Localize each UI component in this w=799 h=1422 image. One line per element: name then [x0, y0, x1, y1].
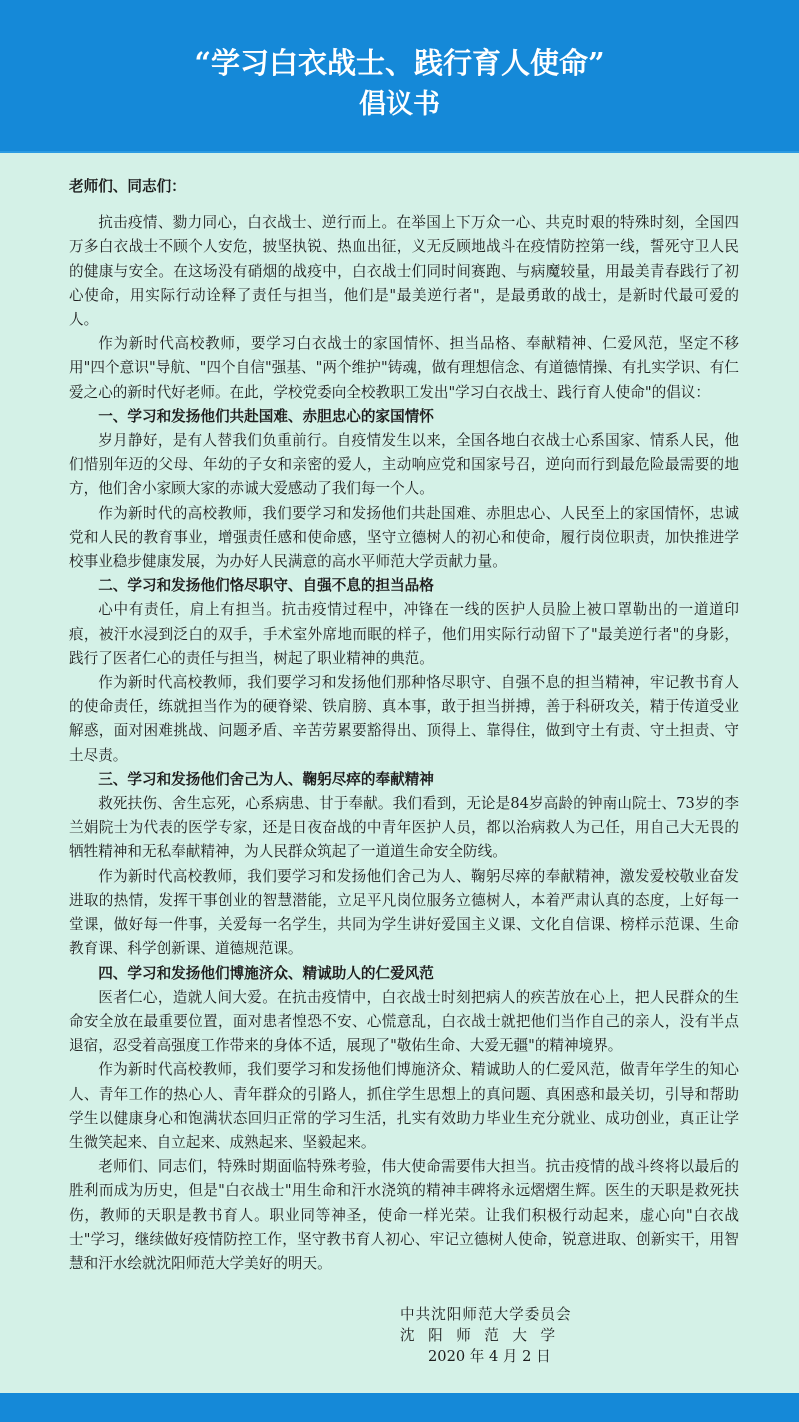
footer-bar [0, 1393, 799, 1422]
closing-paragraph: 老师们、同志们，特殊时期面临特殊考验，伟大使命需要伟大担当。抗击疫情的战斗终将以… [69, 1155, 739, 1276]
section-heading-2: 二、学习和发扬他们恪尽职守、自强不息的担当品格 [69, 574, 739, 598]
section-heading-1: 一、学习和发扬他们共赴国难、赤胆忠心的家国情怀 [69, 405, 739, 429]
paragraph: 作为新时代高校教师，我们要学习和发扬他们舍己为人、鞠躬尽瘁的奉献精神，激发爱校敬… [69, 865, 739, 962]
section-heading-4: 四、学习和发扬他们博施济众、精诚助人的仁爱风范 [69, 962, 739, 986]
paragraph: 作为新时代高校教师，要学习白衣战士的家国情怀、担当品格、奉献精神、仁爱风范，坚定… [69, 332, 739, 405]
signature-university: 沈阳师范大学 [400, 1325, 640, 1346]
salutation: 老师们、同志们： [69, 175, 739, 199]
document-subtitle: 倡议书 [0, 90, 799, 120]
paragraph: 作为新时代的高校教师，我们要学习和发扬他们共赴国难、赤胆忠心、人民至上的家国情怀… [69, 502, 739, 575]
signature-block: 中共沈阳师范大学委员会 沈阳师范大学 2020 年 4 月 2 日 [400, 1304, 640, 1367]
paragraph: 作为新时代高校教师，我们要学习和发扬他们博施济众、精诚助人的仁爱风范，做青年学生… [69, 1058, 739, 1155]
paragraph: 救死扶伤、舍生忘死，心系病患、甘于奉献。我们看到，无论是84岁高龄的钟南山院士、… [69, 792, 739, 865]
paragraph: 作为新时代高校教师，我们要学习和发扬他们那种恪尽职守、自强不息的担当精神，牢记教… [69, 671, 739, 768]
section-heading-3: 三、学习和发扬他们舍己为人、鞠躬尽瘁的奉献精神 [69, 768, 739, 792]
letter-body: 老师们、同志们： 抗击疫情、勠力同心，白衣战士、逆行而上。在举国上下万众一心、共… [69, 175, 739, 1276]
paragraph: 医者仁心，造就人间大爱。在抗击疫情中，白衣战士时刻把病人的疾苦放在心上，把人民群… [69, 986, 739, 1059]
paragraph: 岁月静好，是有人替我们负重前行。自疫情发生以来，全国各地白衣战士心系国家、情系人… [69, 429, 739, 502]
paragraph: 抗击疫情、勠力同心，白衣战士、逆行而上。在举国上下万众一心、共克时艰的特殊时刻，… [69, 211, 739, 332]
signature-date: 2020 年 4 月 2 日 [400, 1346, 640, 1367]
paragraph: 心中有责任，肩上有担当。抗击疫情过程中，冲锋在一线的医护人员脸上被口罩勒出的一道… [69, 598, 739, 671]
document-title: “学习白衣战士、践行育人使命” [0, 46, 799, 80]
header-banner: “学习白衣战士、践行育人使命” 倡议书 [0, 0, 799, 153]
signature-org: 中共沈阳师范大学委员会 [400, 1304, 640, 1325]
